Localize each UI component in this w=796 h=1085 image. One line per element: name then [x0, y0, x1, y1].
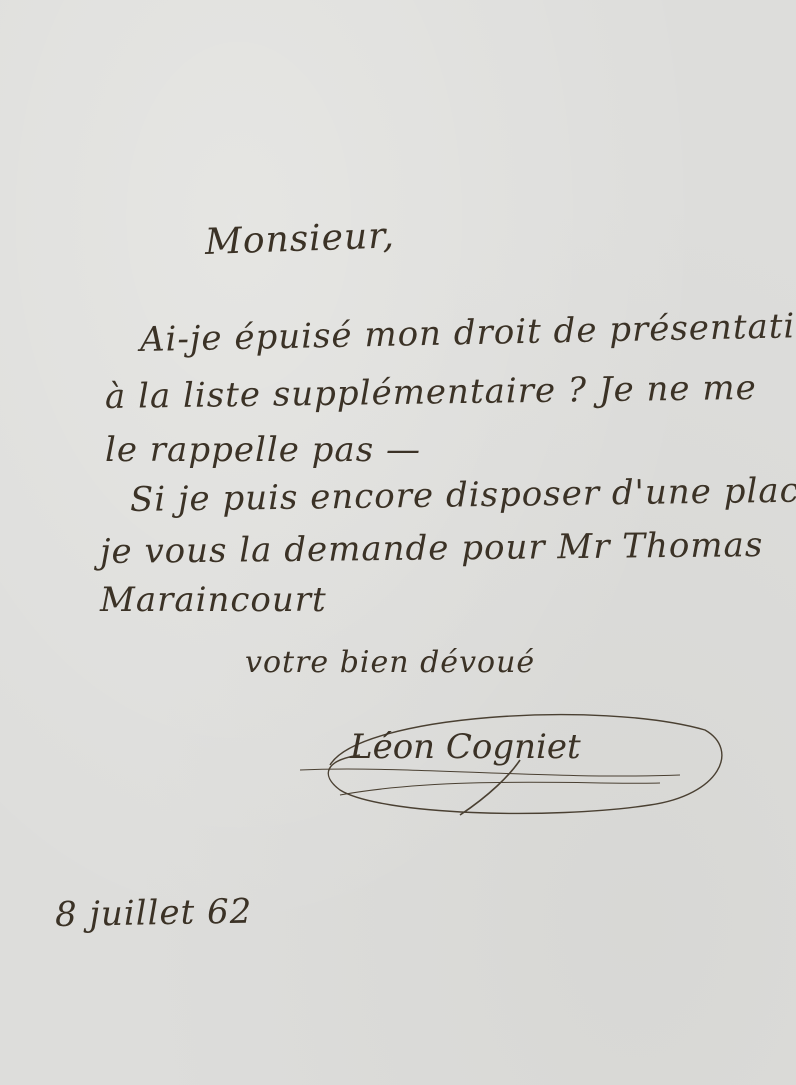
body-line-6: Maraincourt [100, 580, 327, 620]
body-line-1: Ai-je épuisé mon droit de présentation [140, 305, 796, 360]
body-line-4: Si je puis encore disposer d'une place [130, 470, 796, 520]
body-line-2: à la liste supplémentaire ? Je ne me [105, 368, 757, 417]
body-line-3: le rappelle pas — [105, 430, 421, 470]
salutation: Monsieur, [204, 215, 395, 263]
letter-paper: Monsieur, Ai-je épuisé mon droit de prés… [0, 0, 796, 1085]
signature-block: Léon Cogniet [300, 705, 740, 825]
closing: votre bien dévoué [245, 645, 535, 680]
body-line-5: je vous la demande pour Mr Thomas [100, 525, 764, 572]
signature: Léon Cogniet [350, 727, 581, 767]
date: 8 juillet 62 [55, 892, 253, 935]
